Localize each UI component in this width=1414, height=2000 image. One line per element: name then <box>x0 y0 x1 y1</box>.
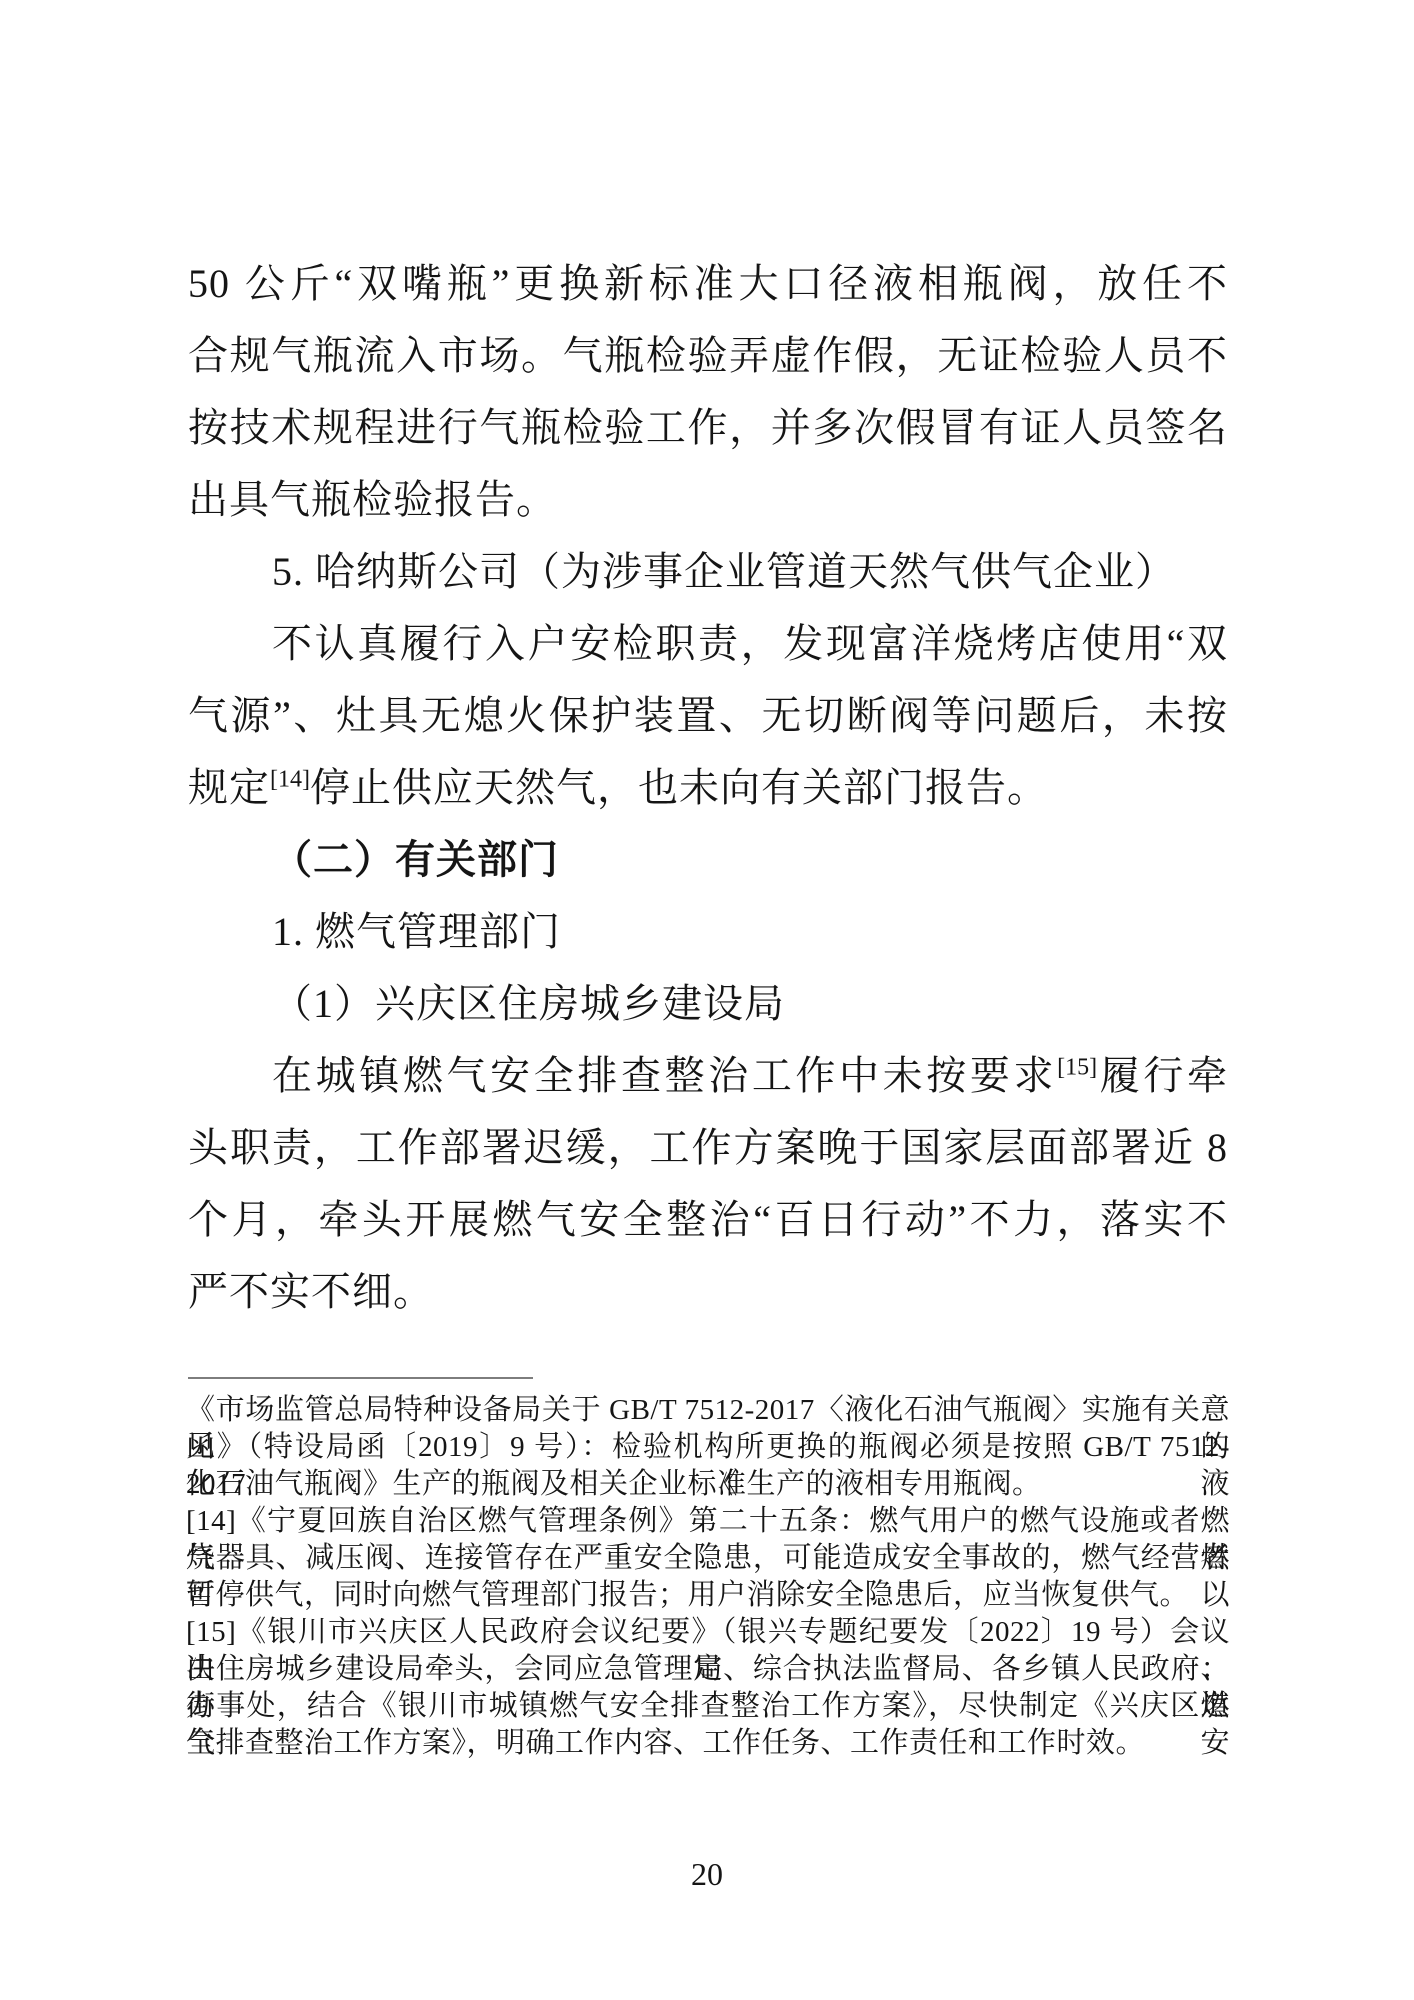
footnote-line: 《市场监管总局特种设备局关于 GB/T 7512-2017〈液化石油气瓶阀〉实施… <box>186 1392 1230 1429</box>
footnote-line: 烧器具、减压阀、连接管存在严重安全隐患，可能造成安全事故的，燃气经营者可以 <box>186 1540 1230 1577</box>
subsection-heading: 1. 燃气管理部门 <box>188 896 1228 968</box>
footnote-line: 暂停供气，同时向燃气管理部门报告；用户消除安全隐患后，应当恢复供气。 <box>186 1577 1230 1614</box>
body-text-block: 50 公斤“双嘴瓶”更换新标准大口径液相瓶阀，放任不 合规气瓶流入市场。气瓶检验… <box>188 248 1228 1328</box>
footnote-separator-line <box>188 1377 533 1379</box>
body-line: 按技术规程进行气瓶检验工作，并多次假冒有证人员签名 <box>188 392 1228 464</box>
item-heading: 5. 哈纳斯公司（为涉事企业管道天然气供气企业） <box>188 536 1228 608</box>
footnote-ref-14: [14] <box>270 767 310 793</box>
body-line: 合规气瓶流入市场。气瓶检验弄虚作假，无证检验人员不 <box>188 320 1228 392</box>
body-line: 不认真履行入户安检职责，发现富洋烧烤店使用“双 <box>188 608 1228 680</box>
body-line: 50 公斤“双嘴瓶”更换新标准大口径液相瓶阀，放任不 <box>188 248 1228 320</box>
subitem-heading: （1）兴庆区住房城乡建设局 <box>188 968 1228 1040</box>
footnotes-block: 《市场监管总局特种设备局关于 GB/T 7512-2017〈液化石油气瓶阀〉实施… <box>186 1392 1230 1762</box>
footnote-line: 办事处，结合《银川市城镇燃气安全排查整治工作方案》，尽快制定《兴庆区燃气安 <box>186 1688 1230 1725</box>
body-line-text: 规定 <box>188 765 270 810</box>
body-line: 头职责，工作部署迟缓，工作方案晚于国家层面部署近 8 <box>188 1112 1228 1184</box>
body-line: 个月，牵头开展燃气安全整治“百日行动”不力，落实不 <box>188 1184 1228 1256</box>
footnote-line: 函》（特设局函〔2019〕9 号）：检验机构所更换的瓶阀必须是按照 GB/T 7… <box>186 1429 1230 1466</box>
page-number: 20 <box>0 1856 1414 1892</box>
body-line: 气源”、灶具无熄火保护装置、无切断阀等问题后，未按 <box>188 680 1228 752</box>
section-heading: （二）有关部门 <box>188 824 1228 896</box>
footnote-line-14: [14]《宁夏回族自治区燃气管理条例》第二十五条：燃气用户的燃气设施或者燃气燃 <box>186 1503 1230 1540</box>
body-line-text: 停止供应天然气，也未向有关部门报告。 <box>310 765 1048 810</box>
footnote-line: 由住房城乡建设局牵头，会同应急管理局、综合执法监督局、各乡镇人民政府、街道 <box>186 1651 1230 1688</box>
body-line-with-footnote-ref: 在城镇燃气安全排查整治工作中未按要求[15]履行牵 <box>188 1040 1228 1112</box>
body-line-with-footnote-ref: 规定[14]停止供应天然气，也未向有关部门报告。 <box>188 752 1228 824</box>
footnote-line-15: [15]《银川市兴庆区人民政府会议纪要》（银兴专题纪要发〔2022〕19 号）会… <box>186 1614 1230 1651</box>
body-line-text: 履行牵 <box>1097 1053 1228 1098</box>
body-line: 严不实不细。 <box>188 1256 1228 1328</box>
footnote-ref-15: [15] <box>1057 1055 1097 1081</box>
document-page: 50 公斤“双嘴瓶”更换新标准大口径液相瓶阀，放任不 合规气瓶流入市场。气瓶检验… <box>0 0 1414 2000</box>
body-line-text: 在城镇燃气安全排查整治工作中未按要求 <box>272 1053 1057 1098</box>
body-line: 出具气瓶检验报告。 <box>188 464 1228 536</box>
footnote-line: 全排查整治工作方案》，明确工作内容、工作任务、工作责任和工作时效。 <box>186 1725 1230 1762</box>
